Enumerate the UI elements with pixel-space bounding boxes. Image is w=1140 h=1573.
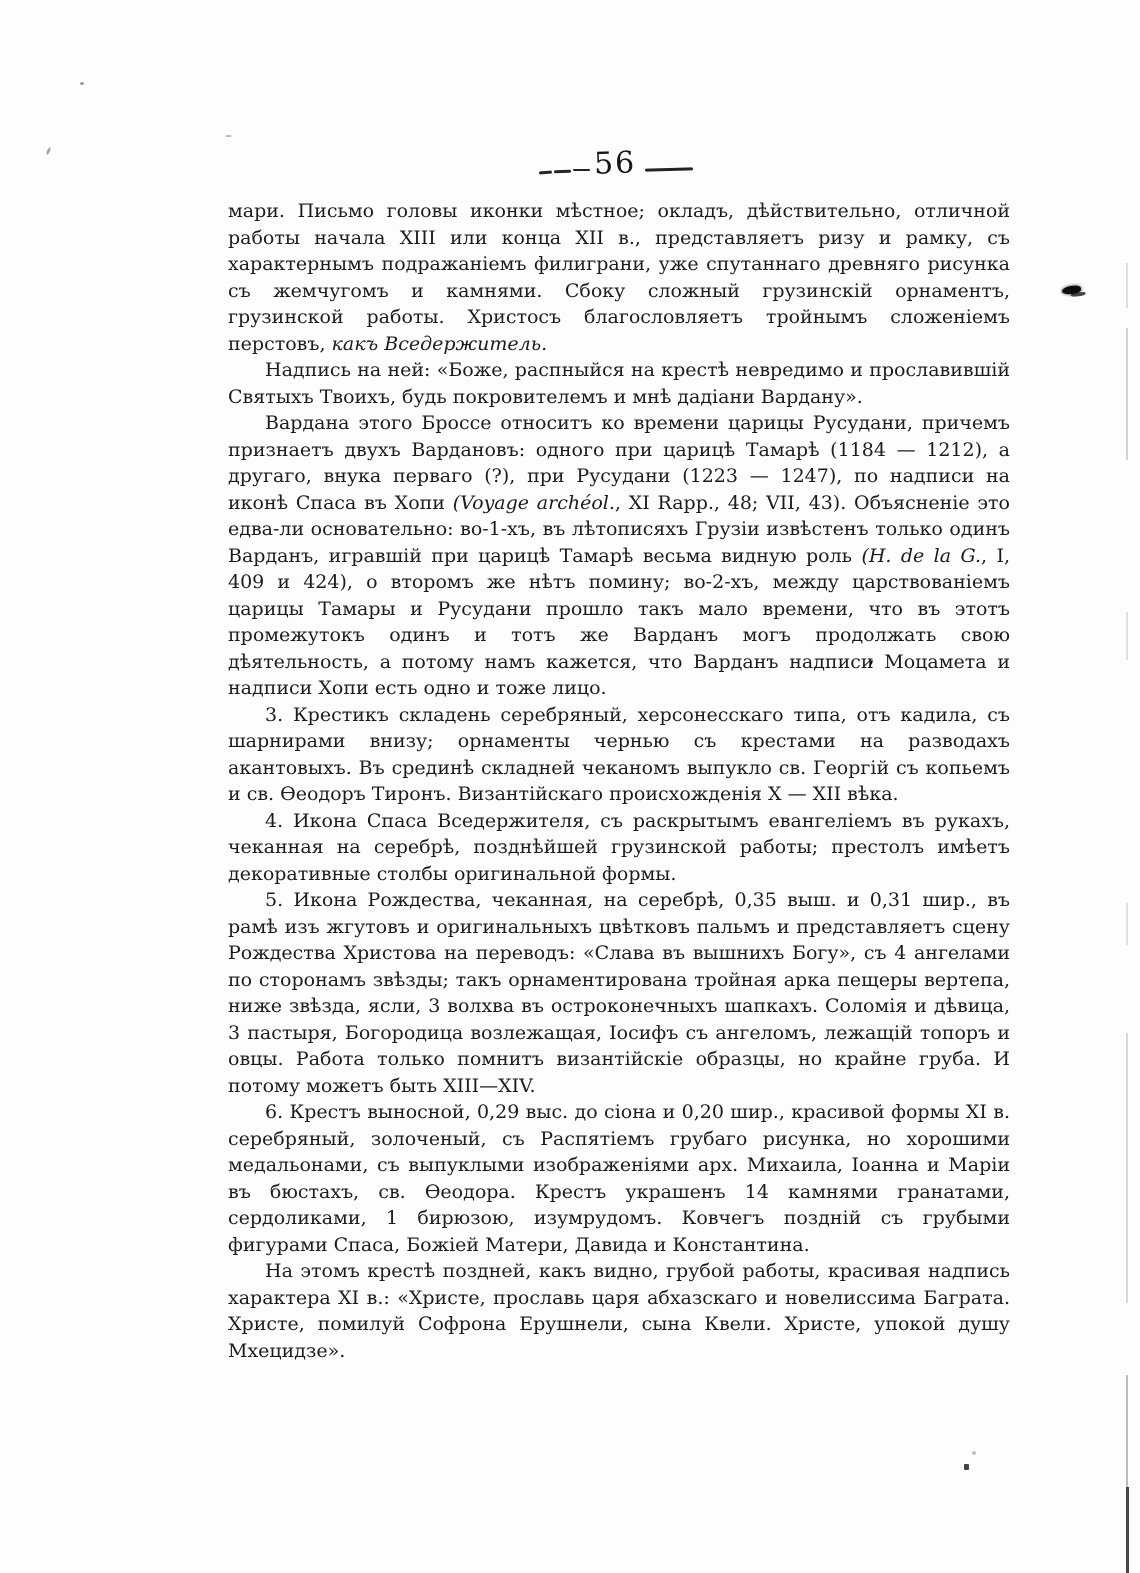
scan-speck bbox=[972, 1451, 976, 1455]
scanned-page: 56 мари. Письмо головы иконки мѣстное; о… bbox=[0, 0, 1140, 1573]
text-run: 5. Икона Рождества, чеканная, на серебрѣ… bbox=[228, 889, 1010, 1097]
text-run: 6. Крестъ выносной, 0,29 выс. до сіона и… bbox=[228, 1101, 1010, 1256]
ink-blot-artifact bbox=[1062, 285, 1082, 295]
text-run: (Voyage archéol. bbox=[453, 492, 615, 514]
text-run: (H. de la G. bbox=[861, 545, 981, 567]
page-edge-shadow bbox=[1126, 1033, 1128, 1303]
text-block: мари. Письмо головы иконки мѣстное; окла… bbox=[228, 198, 1010, 1364]
text-run: 4. Икона Спаса Вседержителя, съ раскрыты… bbox=[228, 810, 1010, 885]
page-edge-shadow bbox=[1126, 1375, 1128, 1487]
paragraph: 5. Икона Рождества, чеканная, на серебрѣ… bbox=[228, 887, 1010, 1099]
paragraph: 3. Крестикъ складень серебряный, херсоне… bbox=[228, 702, 1010, 808]
text-run: мари. Письмо головы иконки мѣстное; окла… bbox=[228, 200, 1010, 355]
page-edge-shadow bbox=[1126, 263, 1128, 308]
text-run: Надпись на ней: «Боже, распныйся на крес… bbox=[228, 359, 1010, 408]
page-edge-shadow bbox=[1126, 328, 1128, 460]
paragraph: Надпись на ней: «Боже, распныйся на крес… bbox=[228, 357, 1010, 410]
text-run: На этомъ крестѣ поздней, какъ видно, гру… bbox=[228, 1260, 1010, 1362]
page-edge-shadow bbox=[1126, 612, 1128, 660]
text-run: какъ Вседержитель. bbox=[332, 333, 548, 355]
header-rule-right bbox=[645, 167, 693, 171]
header-rule-left bbox=[539, 171, 552, 175]
header-rule-left bbox=[554, 170, 571, 174]
page-edge-shadow bbox=[1126, 903, 1128, 945]
paragraph: Вардана этого Броссе относитъ ко времени… bbox=[228, 410, 1010, 702]
header-rule-left bbox=[573, 169, 590, 171]
page-header: 56 bbox=[0, 0, 1140, 200]
paragraph: 6. Крестъ выносной, 0,29 выс. до сіона и… bbox=[228, 1099, 1010, 1258]
scan-speck bbox=[964, 1464, 969, 1470]
paragraph: 4. Икона Спаса Вседержителя, съ раскрыты… bbox=[228, 808, 1010, 888]
page-number: 56 bbox=[593, 145, 636, 181]
page-edge-shadow bbox=[1126, 1487, 1129, 1573]
paragraph: мари. Письмо головы иконки мѣстное; окла… bbox=[228, 198, 1010, 357]
text-run: , I, 409 и 424), о второмъ же нѣтъ помин… bbox=[228, 545, 1010, 700]
text-run: 3. Крестикъ складень серебряный, херсоне… bbox=[228, 704, 1010, 806]
paragraph: На этомъ крестѣ поздней, какъ видно, гру… bbox=[228, 1258, 1010, 1364]
